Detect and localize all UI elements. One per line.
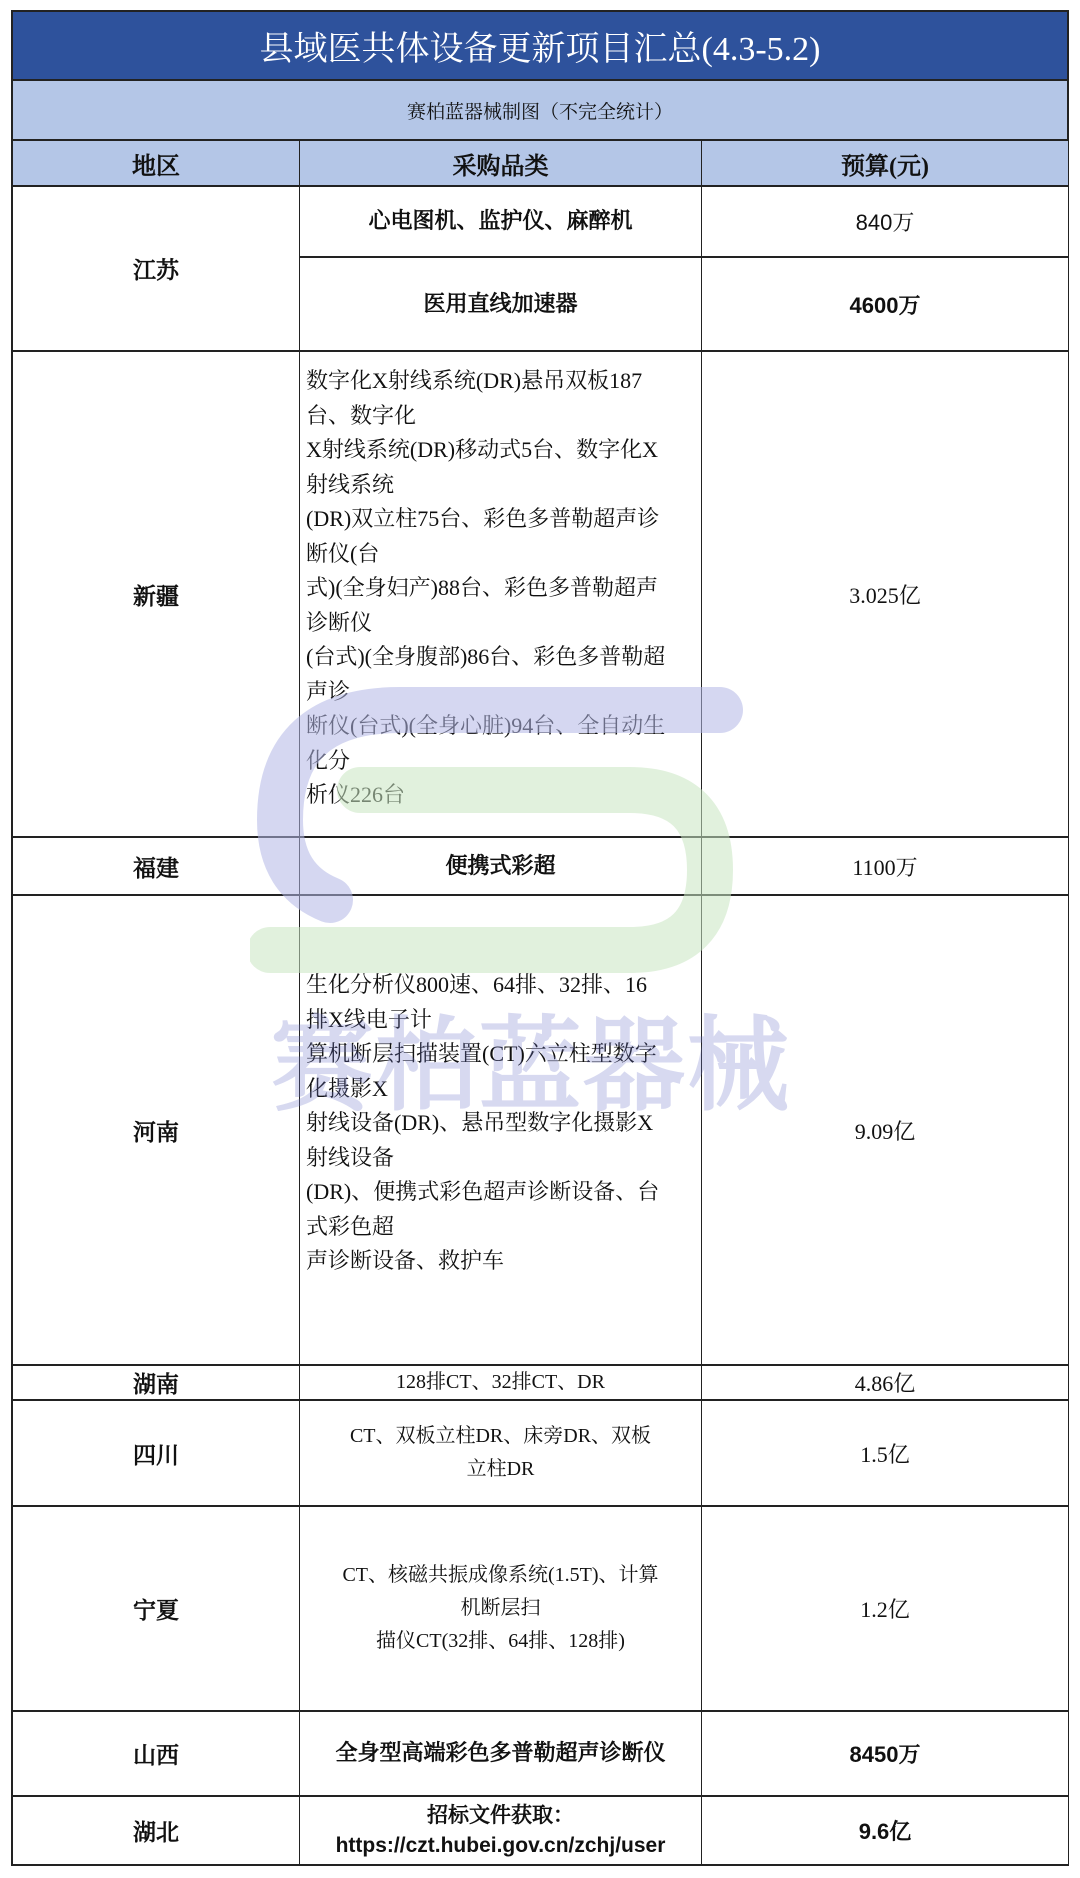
category-line: 声诊: [306, 675, 665, 710]
region-cell: 湖北: [11, 1797, 300, 1866]
category-cell: CT、核磁共振成像系统(1.5T)、计算 机断层扫 描仪CT(32排、64排、1…: [300, 1507, 702, 1712]
category-line: 数字化X射线系统(DR)悬吊双板187: [306, 364, 665, 399]
category-line: 诊断仪: [306, 606, 665, 641]
hubei-tender-link[interactable]: https://czt.hubei.gov.cn/zchj/user: [336, 1831, 666, 1861]
column-header-budget: 预算(元): [702, 141, 1069, 187]
category-line: CT、双板立柱DR、床旁DR、双板: [350, 1420, 651, 1453]
region-cell: 河南: [11, 896, 300, 1366]
budget-cell: 9.09亿: [702, 896, 1069, 1366]
table-row-xinjiang: 新疆 数字化X射线系统(DR)悬吊双板187 台、数字化 X射线系统(DR)移动…: [11, 352, 1069, 838]
table-row-hubei: 湖北 招标文件获取： https://czt.hubei.gov.cn/zchj…: [11, 1797, 1069, 1866]
table-row-henan: 河南 生化分析仪800速、64排、32排、16 排X线电子计 算机断层扫描装置(…: [11, 896, 1069, 1366]
category-line: (DR)、便携式彩色超声诊断设备、台: [306, 1175, 659, 1210]
category-line: 招标文件获取：: [336, 1801, 666, 1831]
category-cell: CT、双板立柱DR、床旁DR、双板 立柱DR: [300, 1401, 702, 1507]
region-cell: 湖南: [11, 1366, 300, 1401]
budget-cell: 1.5亿: [702, 1401, 1069, 1507]
region-cell: 福建: [11, 838, 300, 896]
table-subtitle: 赛柏蓝器械制图（不完全统计）: [11, 81, 1069, 141]
category-cell: 医用直线加速器: [300, 258, 701, 350]
category-line: 射线设备: [306, 1141, 659, 1176]
category-group: 心电图机、监护仪、麻醉机 医用直线加速器: [300, 187, 702, 352]
category-cell: 生化分析仪800速、64排、32排、16 排X线电子计 算机断层扫描装置(CT)…: [300, 896, 702, 1366]
table-row-fujian: 福建 便携式彩超 1100万: [11, 838, 1069, 896]
category-line: (DR)双立柱75台、彩色多普勒超声诊: [306, 502, 665, 537]
category-line: 式)(全身妇产)88台、彩色多普勒超声: [306, 571, 665, 606]
column-header-category: 采购品类: [300, 141, 702, 187]
category-line: 台、数字化: [306, 399, 665, 434]
category-line: 析仪226台: [306, 778, 665, 813]
budget-cell: 4600万: [702, 258, 1068, 350]
table-row-jiangsu: 江苏 心电图机、监护仪、麻醉机 医用直线加速器 840万 4600万: [11, 187, 1069, 352]
category-cell: 全身型高端彩色多普勒超声诊断仪: [300, 1712, 702, 1797]
category-cell: 数字化X射线系统(DR)悬吊双板187 台、数字化 X射线系统(DR)移动式5台…: [300, 352, 702, 838]
category-line: 描仪CT(32排、64排、128排): [342, 1625, 658, 1658]
category-line: 式彩色超: [306, 1210, 659, 1245]
budget-cell: 8450万: [702, 1712, 1069, 1797]
budget-cell: 9.6亿: [702, 1797, 1069, 1866]
category-line: X射线系统(DR)移动式5台、数字化X: [306, 433, 665, 468]
category-line: 机断层扫: [342, 1592, 658, 1625]
category-line: 断仪(台: [306, 537, 665, 572]
category-cell: 心电图机、监护仪、麻醉机: [300, 187, 701, 258]
budget-cell: 1100万: [702, 838, 1069, 896]
category-line: 声诊断设备、救护车: [306, 1244, 659, 1279]
table-row-hunan: 湖南 128排CT、32排CT、DR 4.86亿: [11, 1366, 1069, 1401]
budget-cell: 3.025亿: [702, 352, 1069, 838]
budget-cell: 840万: [702, 187, 1068, 258]
table-title: 县域医共体设备更新项目汇总(4.3-5.2): [11, 10, 1069, 81]
column-header-region: 地区: [11, 141, 300, 187]
category-cell: 招标文件获取： https://czt.hubei.gov.cn/zchj/us…: [300, 1797, 702, 1866]
category-line: 射线系统: [306, 468, 665, 503]
header-row: 地区 采购品类 预算(元): [11, 141, 1069, 187]
budget-group: 840万 4600万: [702, 187, 1069, 352]
budget-cell: 4.86亿: [702, 1366, 1069, 1401]
budget-cell: 1.2亿: [702, 1507, 1069, 1712]
region-cell: 宁夏: [11, 1507, 300, 1712]
table-row-sichuan: 四川 CT、双板立柱DR、床旁DR、双板 立柱DR 1.5亿: [11, 1401, 1069, 1507]
region-cell: 新疆: [11, 352, 300, 838]
category-line: 断仪(台式)(全身心脏)94台、全自动生: [306, 709, 665, 744]
watermark-text: 赛柏蓝器械: [271, 985, 791, 1131]
category-line: (台式)(全身腹部)86台、彩色多普勒超: [306, 640, 665, 675]
category-line: CT、核磁共振成像系统(1.5T)、计算: [342, 1559, 658, 1592]
category-cell: 128排CT、32排CT、DR: [300, 1366, 702, 1401]
category-line: 立柱DR: [350, 1453, 651, 1486]
category-line: 化分: [306, 744, 665, 779]
table-row-ningxia: 宁夏 CT、核磁共振成像系统(1.5T)、计算 机断层扫 描仪CT(32排、64…: [11, 1507, 1069, 1712]
region-cell: 四川: [11, 1401, 300, 1507]
table-row-shanxi: 山西 全身型高端彩色多普勒超声诊断仪 8450万: [11, 1712, 1069, 1797]
region-cell: 山西: [11, 1712, 300, 1797]
region-cell: 江苏: [11, 187, 300, 352]
category-cell: 便携式彩超: [300, 838, 702, 896]
